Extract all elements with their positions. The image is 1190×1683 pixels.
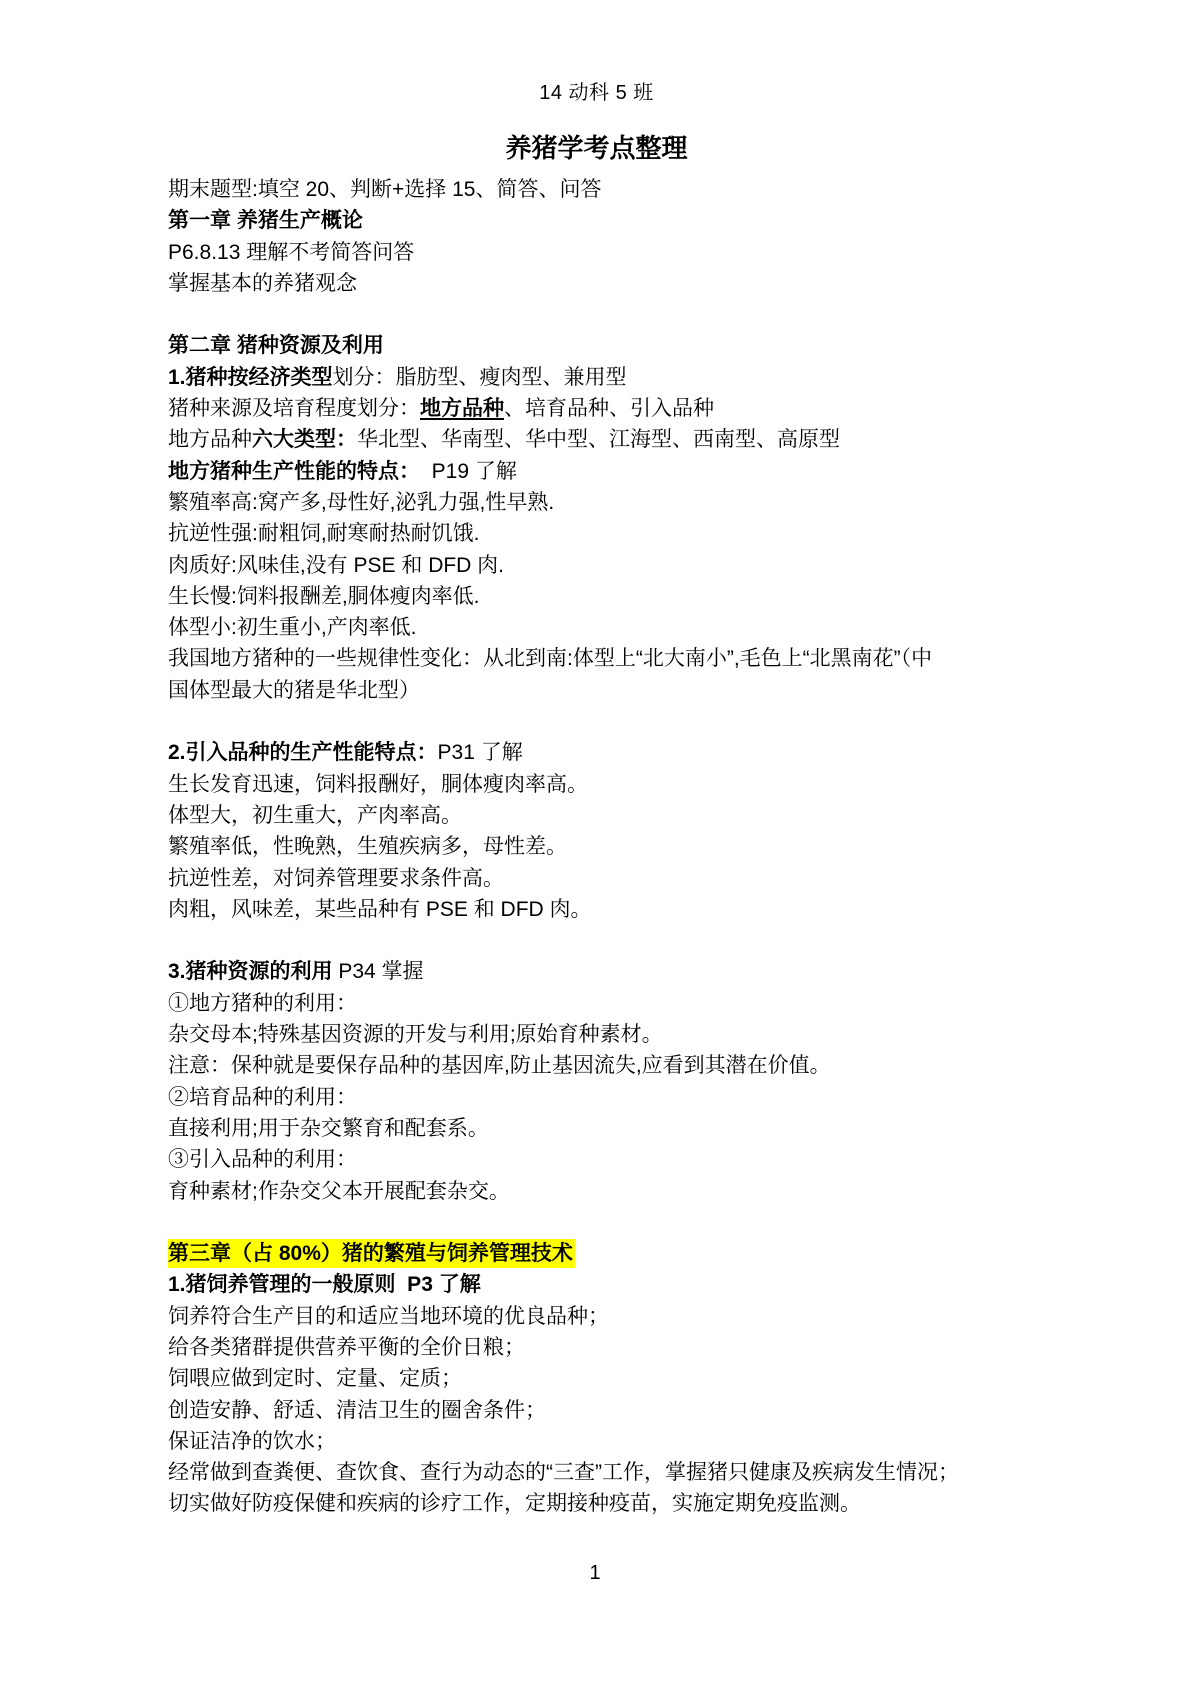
- doc-title: 养猪学考点整理: [168, 130, 1025, 166]
- text-segment: 地方品种: [168, 428, 252, 451]
- text-segment: 繁殖率高:窝产多,母性好,泌乳力强,性早熟.: [168, 491, 554, 514]
- text-line: ①地方猪种的利用：: [168, 988, 1025, 1019]
- text-line: 期末题型:填空 20、判断+选择 15、简答、问答: [168, 174, 1025, 205]
- text-segment: ①地方猪种的利用：: [168, 992, 357, 1015]
- text-line: 饲养符合生产目的和适应当地环境的优良品种；: [168, 1301, 1025, 1332]
- text-line: 第二章 猪种资源及利用: [168, 330, 1025, 361]
- text-segment: P34 掌握: [333, 960, 424, 983]
- text-segment: 饲养符合生产目的和适应当地环境的优良品种；: [168, 1305, 609, 1328]
- text-segment: 创造安静、舒适、清洁卫生的圈舍条件；: [168, 1399, 546, 1422]
- text-segment: 体型小:初生重小,产肉率低.: [168, 616, 417, 639]
- text-line: 创造安静、舒适、清洁卫生的圈舍条件；: [168, 1395, 1025, 1426]
- text-line: 抗逆性差，对饲养管理要求条件高。: [168, 863, 1025, 894]
- text-line: 体型小:初生重小,产肉率低.: [168, 612, 1025, 643]
- text-segment: 划分：脂肪型、瘦肉型、兼用型: [333, 366, 627, 389]
- text-segment: ②培育品种的利用：: [168, 1086, 357, 1109]
- text-line: ③引入品种的利用：: [168, 1144, 1025, 1175]
- text-segment: 抗逆性差，对饲养管理要求条件高。: [168, 867, 504, 890]
- text-line: ②培育品种的利用：: [168, 1082, 1025, 1113]
- text-segment: 第二章 猪种资源及利用: [168, 334, 384, 357]
- blank-line: [168, 1207, 1025, 1238]
- text-segment: 杂交母本;特殊基因资源的开发与利用;原始育种素材。: [168, 1023, 663, 1046]
- text-segment: 肉粗，风味差，某些品种有 PSE 和 DFD 肉。: [168, 898, 592, 921]
- text-line: 第三章（占 80%）猪的繁殖与饲养管理技术: [168, 1238, 1025, 1269]
- text-segment: 1.猪饲养管理的一般原则 P3 了解: [168, 1273, 481, 1296]
- text-line: 国体型最大的猪是华北型）: [168, 675, 1025, 706]
- text-segment: 地方品种: [420, 397, 504, 420]
- text-line: 注意：保种就是要保存品种的基因库,防止基因流失,应看到其潜在价值。: [168, 1050, 1025, 1081]
- text-line: 我国地方猪种的一些规律性变化：从北到南:体型上“北大南小”,毛色上“北黑南花”（…: [168, 643, 1025, 674]
- text-line: 肉粗，风味差，某些品种有 PSE 和 DFD 肉。: [168, 894, 1025, 925]
- text-line: 经常做到查粪便、查饮食、查行为动态的“三查”工作，掌握猪只健康及疾病发生情况；: [168, 1457, 1025, 1488]
- text-line: 抗逆性强:耐粗饲,耐寒耐热耐饥饿.: [168, 518, 1025, 549]
- doc-body: 期末题型:填空 20、判断+选择 15、简答、问答第一章 养猪生产概论P6.8.…: [168, 174, 1025, 1520]
- text-segment: 生长慢:饲料报酬差,胴体瘦肉率低.: [168, 585, 480, 608]
- text-line: P6.8.13 理解不考简答问答: [168, 237, 1025, 268]
- text-segment: 体型大，初生重大，产肉率高。: [168, 804, 462, 827]
- text-line: 2.引入品种的生产性能特点：P31 了解: [168, 737, 1025, 768]
- highlighted-text: 第三章（占 80%）猪的繁殖与饲养管理技术: [168, 1239, 575, 1268]
- text-segment: 第一章 养猪生产概论: [168, 209, 363, 232]
- text-segment: 1.猪种按经济类型: [168, 366, 333, 389]
- text-line: 育种素材;作杂交父本开展配套杂交。: [168, 1176, 1025, 1207]
- text-segment: 掌握基本的养猪观念: [168, 272, 357, 295]
- doc-header: 14 动科 5 班: [168, 78, 1025, 108]
- text-segment: 注意：保种就是要保存品种的基因库,防止基因流失,应看到其潜在价值。: [168, 1054, 831, 1077]
- text-line: 直接利用;用于杂交繁育和配套系。: [168, 1113, 1025, 1144]
- text-segment: 繁殖率低，性晚熟，生殖疾病多，母性差。: [168, 835, 567, 858]
- text-line: 第一章 养猪生产概论: [168, 205, 1025, 236]
- text-line: 体型大，初生重大，产肉率高。: [168, 800, 1025, 831]
- text-line: 饲喂应做到定时、定量、定质；: [168, 1363, 1025, 1394]
- document-page: 14 动科 5 班 养猪学考点整理 期末题型:填空 20、判断+选择 15、简答…: [0, 0, 1190, 1683]
- text-segment: P19 了解: [420, 460, 517, 483]
- text-segment: 地方猪种生产性能的特点：: [168, 460, 420, 483]
- text-segment: 给各类猪群提供营养平衡的全价日粮；: [168, 1336, 525, 1359]
- text-segment: 猪种来源及培育程度划分：: [168, 397, 420, 420]
- text-segment: 保证洁净的饮水；: [168, 1430, 336, 1453]
- text-segment: P6.8.13 理解不考简答问答: [168, 241, 414, 264]
- text-segment: 3.猪种资源的利用: [168, 960, 333, 983]
- page-content: 14 动科 5 班 养猪学考点整理 期末题型:填空 20、判断+选择 15、简答…: [168, 78, 1025, 1520]
- text-segment: 育种素材;作杂交父本开展配套杂交。: [168, 1180, 510, 1203]
- text-segment: 六大类型：: [252, 428, 357, 451]
- blank-line: [168, 299, 1025, 330]
- blank-line: [168, 706, 1025, 737]
- text-line: 地方猪种生产性能的特点： P19 了解: [168, 456, 1025, 487]
- text-segment: 经常做到查粪便、查饮食、查行为动态的“三查”工作，掌握猪只健康及疾病发生情况；: [168, 1461, 959, 1484]
- text-line: 猪种来源及培育程度划分：地方品种、培育品种、引入品种: [168, 393, 1025, 424]
- text-line: 1.猪饲养管理的一般原则 P3 了解: [168, 1269, 1025, 1300]
- text-segment: 肉质好:风味佳,没有 PSE 和 DFD 肉.: [168, 554, 504, 577]
- text-segment: 华北型、华南型、华中型、江海型、西南型、高原型: [357, 428, 840, 451]
- text-segment: ③引入品种的利用：: [168, 1148, 357, 1171]
- text-line: 1.猪种按经济类型划分：脂肪型、瘦肉型、兼用型: [168, 362, 1025, 393]
- text-segment: 期末题型:填空 20、判断+选择 15、简答、问答: [168, 178, 601, 201]
- text-line: 生长发育迅速，饲料报酬好，胴体瘦肉率高。: [168, 769, 1025, 800]
- text-segment: 、培育品种、引入品种: [504, 397, 714, 420]
- text-line: 保证洁净的饮水；: [168, 1426, 1025, 1457]
- text-segment: 国体型最大的猪是华北型）: [168, 679, 420, 702]
- text-line: 繁殖率低，性晚熟，生殖疾病多，母性差。: [168, 831, 1025, 862]
- text-line: 掌握基本的养猪观念: [168, 268, 1025, 299]
- text-line: 繁殖率高:窝产多,母性好,泌乳力强,性早熟.: [168, 487, 1025, 518]
- blank-line: [168, 925, 1025, 956]
- page-number: 1: [0, 1558, 1190, 1588]
- text-line: 给各类猪群提供营养平衡的全价日粮；: [168, 1332, 1025, 1363]
- text-segment: 我国地方猪种的一些规律性变化：从北到南:体型上“北大南小”,毛色上“北黑南花”（…: [168, 647, 932, 670]
- text-line: 肉质好:风味佳,没有 PSE 和 DFD 肉.: [168, 550, 1025, 581]
- text-line: 切实做好防疫保健和疾病的诊疗工作，定期接种疫苗，实施定期免疫监测。: [168, 1488, 1025, 1519]
- text-segment: 饲喂应做到定时、定量、定质；: [168, 1367, 462, 1390]
- text-line: 地方品种六大类型：华北型、华南型、华中型、江海型、西南型、高原型: [168, 424, 1025, 455]
- text-segment: 切实做好防疫保健和疾病的诊疗工作，定期接种疫苗，实施定期免疫监测。: [168, 1492, 861, 1515]
- text-line: 杂交母本;特殊基因资源的开发与利用;原始育种素材。: [168, 1019, 1025, 1050]
- text-segment: 2.引入品种的生产性能特点：: [168, 741, 438, 764]
- text-line: 3.猪种资源的利用 P34 掌握: [168, 956, 1025, 987]
- text-segment: 抗逆性强:耐粗饲,耐寒耐热耐饥饿.: [168, 522, 480, 545]
- text-segment: 直接利用;用于杂交繁育和配套系。: [168, 1117, 489, 1140]
- text-segment: 生长发育迅速，饲料报酬好，胴体瘦肉率高。: [168, 773, 588, 796]
- text-line: 生长慢:饲料报酬差,胴体瘦肉率低.: [168, 581, 1025, 612]
- text-segment: P31 了解: [438, 741, 523, 764]
